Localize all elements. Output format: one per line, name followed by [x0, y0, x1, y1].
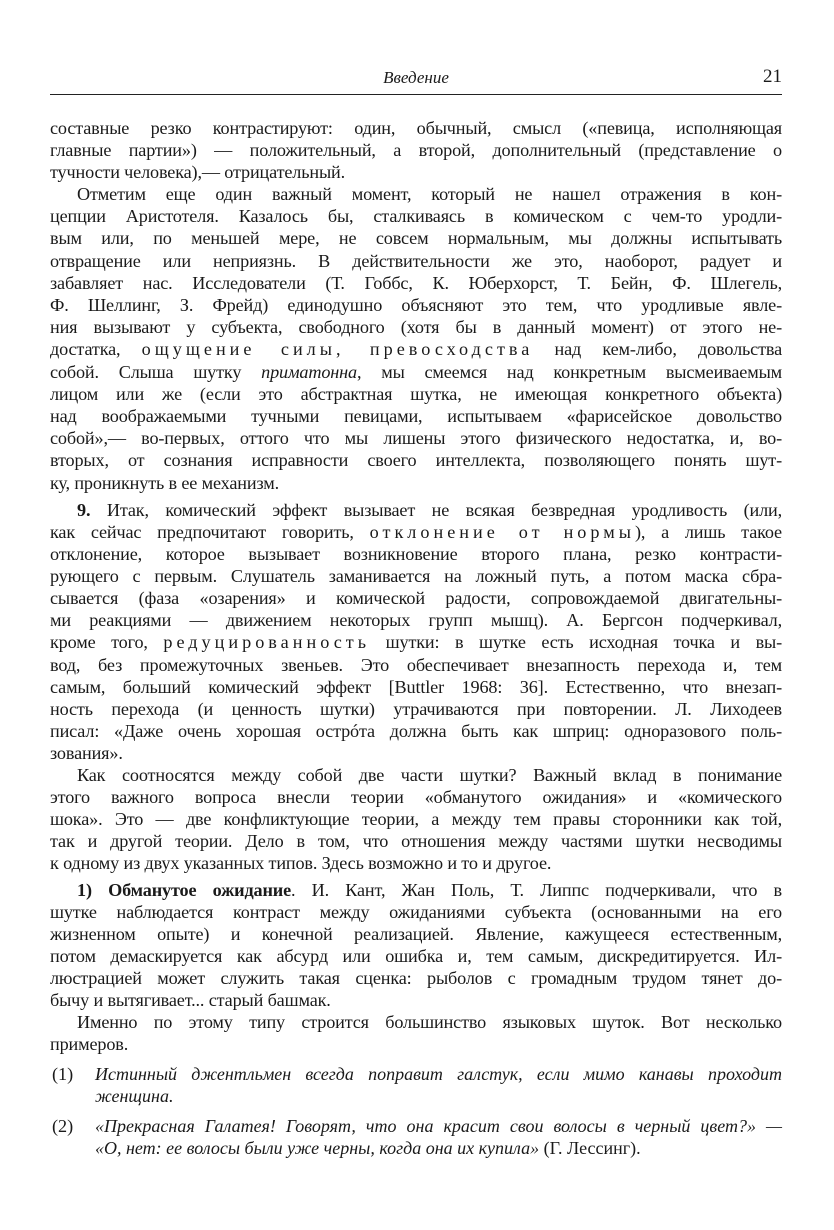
text-line: сывается (фаза «озарения» и комической р…: [50, 587, 782, 609]
text-line: примеров.: [50, 1033, 782, 1055]
text-line: к одному из двух указанных типов. Здесь …: [50, 852, 782, 874]
text-line-italic: собой. Слыша шутку приматонна, мы смеемс…: [50, 361, 782, 383]
text-line: Именно по этому типу строится большинств…: [77, 1011, 782, 1033]
text-line: Ф. Шеллинг, З. Фрейд) единодушно объясня…: [50, 294, 782, 316]
text-line: собой»,— во-первых, оттого что мы лишены…: [50, 427, 782, 449]
section-number: 9.: [77, 500, 90, 520]
text-line: над воображаемыми тучными певицами, испы…: [50, 405, 782, 427]
text-line-spaced: как сейчас предпочитают говорить, отклон…: [50, 521, 782, 543]
running-title: Введение: [50, 68, 782, 88]
text-line: писал: «Даже очень хорошая острóта должн…: [50, 720, 782, 742]
example-line: «О, нет: ее волосы были уже черны, когда…: [95, 1137, 782, 1159]
text-line: вым или, по меньшей мере, не совсем норм…: [50, 227, 782, 249]
text-line: жизненном опыте) и конечной реализацией.…: [50, 923, 782, 945]
text-line: составные резко контрастируют: один, обы…: [50, 117, 782, 139]
example-line: Истинный джентльмен всегда поправит галс…: [95, 1063, 782, 1085]
text-line: тучности человека),— отрицательный.: [50, 161, 782, 183]
text-line: Как соотносятся между собой две части шу…: [77, 764, 782, 786]
example-quote: «О, нет: ее волосы были уже черны, когда…: [95, 1138, 539, 1158]
example-number: (1): [52, 1063, 73, 1085]
text-line: лицом или же (если это абстрактная шутка…: [50, 383, 782, 405]
text-line: вторых, от сознания исправности своего и…: [50, 449, 782, 471]
emphasis-italic: приматонна: [261, 362, 357, 382]
text-line: Отметим еще один важный момент, который …: [77, 183, 782, 205]
text-line: ми реакциями — движением некоторых групп…: [50, 609, 782, 631]
text-line: отвращение или неприязнь. В действительн…: [50, 250, 782, 272]
text-run: как сейчас предпочитают говорить,: [50, 522, 370, 542]
emphasis-spaced: ощущение силы, превосходства: [142, 339, 534, 359]
emphasis-spaced: отклонение от нормы: [370, 522, 635, 542]
text-line: зования».: [50, 742, 782, 764]
text-line: так и другой теории. Дело в том, что отн…: [50, 830, 782, 852]
text-run: шутки: в шутке есть исходная точка и вы-: [370, 632, 782, 652]
text-run: Итак, комический эффект вызывает не всяк…: [107, 500, 782, 520]
text-line: этого важного вопроса внесли теории «обм…: [50, 786, 782, 808]
subsection-heading: 1) Обманутое ожидание: [77, 880, 291, 900]
text-line: рующего с первым. Слушатель заманивается…: [50, 565, 782, 587]
text-line: бычу и вытягивает... старый башмак.: [50, 989, 782, 1011]
text-line: отклонение, которое вызывает возникновен…: [50, 543, 782, 565]
text-line: ность перехода (и ценность шутки) утрачи…: [50, 698, 782, 720]
text-line: ку, проникнуть в ее механизм.: [50, 472, 782, 494]
text-run: кроме того,: [50, 632, 163, 652]
emphasis-spaced: редуцированность: [163, 632, 370, 652]
book-page: Введение 21 составные резко контрастирую…: [0, 0, 834, 1230]
text-line: цепции Аристотеля. Казалось бы, сталкива…: [50, 205, 782, 227]
text-run: собой. Слыша шутку: [50, 362, 261, 382]
page-number: 21: [763, 66, 782, 88]
text-line: забавляет нас. Исследователи (Т. Гоббс, …: [50, 272, 782, 294]
text-run: , мы смеемся над конкретным высмеиваемым: [357, 362, 782, 382]
text-line: самым, больший комический эффект [Buttle…: [50, 676, 782, 698]
text-run: ), а лишь такое: [635, 522, 782, 542]
example-line: «Прекрасная Галатея! Говорят, что она кр…: [95, 1115, 782, 1137]
text-run: достатка,: [50, 339, 142, 359]
text-line: вод, без промежуточных звеньев. Это обес…: [50, 654, 782, 676]
example-attribution: (Г. Лессинг).: [539, 1138, 641, 1158]
text-line: ния вызывают у субъекта, свободного (хот…: [50, 316, 782, 338]
text-line: люстрацией может служить такая сценка: р…: [50, 967, 782, 989]
text-line: шутке наблюдается контраст между ожидани…: [50, 901, 782, 923]
text-line: шока». Это — две конфликтующие теории, а…: [50, 808, 782, 830]
header-rule: [50, 94, 782, 95]
text-line-spaced: кроме того, редуцированность шутки: в шу…: [50, 631, 782, 653]
text-line: 9. Итак, комический эффект вызывает не в…: [77, 499, 782, 521]
text-line: 1) Обманутое ожидание. И. Кант, Жан Поль…: [77, 879, 782, 901]
running-header: Введение 21: [50, 66, 782, 92]
text-line: главные партии») — положительный, а втор…: [50, 139, 782, 161]
text-run: над кем-либо, довольства: [533, 339, 782, 359]
text-line: потом демаскируется как абсурд или ошибк…: [50, 945, 782, 967]
example-number: (2): [52, 1115, 73, 1137]
text-line-spaced: достатка, ощущение силы, превосходства н…: [50, 338, 782, 360]
text-run: . И. Кант, Жан Поль, Т. Липпс подчеркива…: [291, 880, 782, 900]
example-line: женщина.: [95, 1085, 782, 1107]
